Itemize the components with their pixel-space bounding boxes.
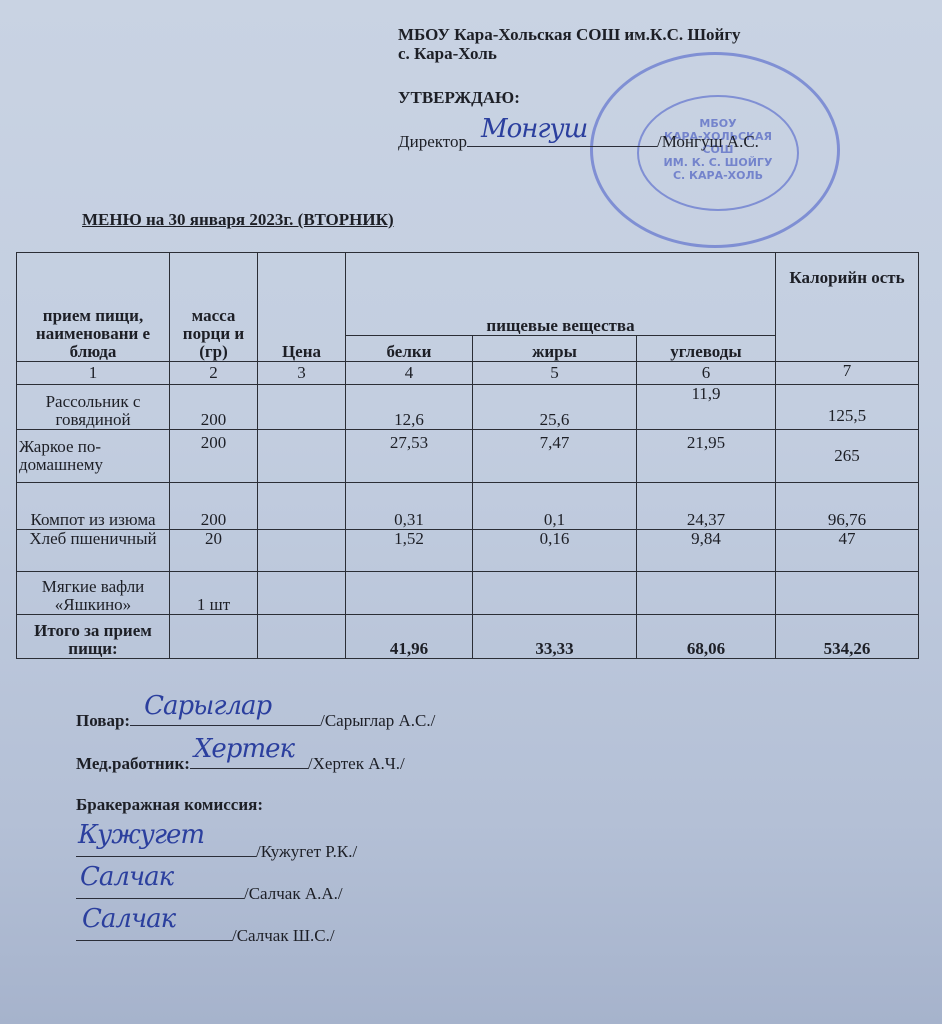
dish-price xyxy=(258,385,346,430)
dish-calories xyxy=(776,572,919,615)
member-name: /Кужугет Р.К./ xyxy=(256,842,357,861)
dish-carbs: 11,9 xyxy=(637,385,776,430)
cook-signature: Сарыглар xyxy=(144,691,271,721)
header-protein: белки xyxy=(346,336,473,362)
director-label: Директор xyxy=(398,132,467,151)
table-row: Мягкие вафли «Яшкино» 1 шт xyxy=(17,572,919,615)
col-num: 2 xyxy=(170,362,258,385)
dish-carbs: 24,37 xyxy=(637,483,776,530)
dish-calories: 96,76 xyxy=(776,483,919,530)
dish-price xyxy=(258,483,346,530)
medic-label: Мед.работник: xyxy=(76,754,190,773)
member-name: /Салчак А.А./ xyxy=(244,884,343,903)
col-num: 6 xyxy=(637,362,776,385)
commission-member: Кужугет/Кужугет Р.К./ xyxy=(76,838,357,862)
cook-line: Повар:Сарыглар/Сарыглар А.С./ xyxy=(76,707,435,731)
dish-calories: 47 xyxy=(776,530,919,572)
dish-price xyxy=(258,530,346,572)
dish-name: Хлеб пшеничный xyxy=(17,530,170,572)
total-protein: 41,96 xyxy=(346,615,473,659)
dish-mass: 200 xyxy=(170,430,258,483)
stamp-line: ИМ. К. С. ШОЙГУ xyxy=(653,156,783,169)
dish-fat: 0,16 xyxy=(473,530,637,572)
dish-protein: 1,52 xyxy=(346,530,473,572)
member-signature: Салчак xyxy=(82,904,175,934)
total-fat: 33,33 xyxy=(473,615,637,659)
menu-table: прием пищи, наименовани е блюда масса по… xyxy=(16,252,919,659)
dish-fat: 0,1 xyxy=(473,483,637,530)
total-carbs: 68,06 xyxy=(637,615,776,659)
member-name: /Салчак Ш.С./ xyxy=(232,926,335,945)
total-label: Итого за прием пищи: xyxy=(17,615,170,659)
stamp-line: С. КАРА-ХОЛЬ xyxy=(653,169,783,182)
header-price: Цена xyxy=(258,253,346,362)
dish-calories: 125,5 xyxy=(776,385,919,430)
dish-carbs xyxy=(637,572,776,615)
dish-carbs: 9,84 xyxy=(637,530,776,572)
dish-mass: 1 шт xyxy=(170,572,258,615)
header-calories: Калорийн ость xyxy=(776,253,919,362)
total-row: Итого за прием пищи: 41,96 33,33 68,06 5… xyxy=(17,615,919,659)
member-signature-line: Кужугет xyxy=(76,838,256,857)
table-row: Жаркое по-домашнему 200 27,53 7,47 21,95… xyxy=(17,430,919,483)
table-row: Компот из изюма 200 0,31 0,1 24,37 96,76 xyxy=(17,483,919,530)
header-fat: жиры xyxy=(473,336,637,362)
commission-member: Салчак/Салчак А.А./ xyxy=(76,880,343,904)
table-row: Рассольник с говядиной 200 12,6 25,6 11,… xyxy=(17,385,919,430)
dish-mass: 200 xyxy=(170,385,258,430)
dish-mass: 20 xyxy=(170,530,258,572)
dish-fat: 25,6 xyxy=(473,385,637,430)
member-signature-line: Салчак xyxy=(76,922,232,941)
village-name: с. Кара-Холь xyxy=(398,44,497,64)
col-num: 7 xyxy=(776,362,919,385)
dish-carbs: 21,95 xyxy=(637,430,776,483)
cook-signature-line: Сарыглар xyxy=(130,707,320,726)
total-price xyxy=(258,615,346,659)
total-mass xyxy=(170,615,258,659)
col-num: 4 xyxy=(346,362,473,385)
column-numbers-row: 1 2 3 4 5 6 7 xyxy=(17,362,919,385)
header-meal: прием пищи, наименовани е блюда xyxy=(17,253,170,362)
dish-name: Рассольник с говядиной xyxy=(17,385,170,430)
col-num: 5 xyxy=(473,362,637,385)
dish-price xyxy=(258,430,346,483)
dish-name: Компот из изюма xyxy=(17,483,170,530)
member-signature: Салчак xyxy=(80,862,173,892)
dish-name: Мягкие вафли «Яшкино» xyxy=(17,572,170,615)
dish-protein xyxy=(346,572,473,615)
commission-label: Бракеражная комиссия: xyxy=(76,795,263,815)
medic-name: /Хертек А.Ч./ xyxy=(308,754,405,773)
dish-protein: 12,6 xyxy=(346,385,473,430)
cook-name: /Сарыглар А.С./ xyxy=(320,711,435,730)
medic-signature-line: Хертек xyxy=(190,750,308,769)
medic-line: Мед.работник:Хертек/Хертек А.Ч./ xyxy=(76,750,405,774)
dish-fat xyxy=(473,572,637,615)
header-nutrients: пищевые вещества xyxy=(346,253,776,336)
header-mass: масса порци и (гр) xyxy=(170,253,258,362)
table-row: Хлеб пшеничный 20 1,52 0,16 9,84 47 xyxy=(17,530,919,572)
commission-member: Салчак/Салчак Ш.С./ xyxy=(76,922,335,946)
dish-price xyxy=(258,572,346,615)
col-num: 1 xyxy=(17,362,170,385)
dish-name: Жаркое по-домашнему xyxy=(17,430,170,483)
member-signature-line: Салчак xyxy=(76,880,244,899)
approve-heading: УТВЕРЖДАЮ: xyxy=(398,88,520,108)
cook-label: Повар: xyxy=(76,711,130,730)
dish-protein: 27,53 xyxy=(346,430,473,483)
total-calories: 534,26 xyxy=(776,615,919,659)
director-signature-line: Монгуш xyxy=(467,128,657,147)
medic-signature: Хертек xyxy=(194,734,294,764)
dish-mass: 200 xyxy=(170,483,258,530)
director-line: ДиректорМонгуш/Монгуш А.С. xyxy=(398,128,759,152)
menu-title: МЕНЮ на 30 января 2023г. (ВТОРНИК) xyxy=(82,210,394,230)
dish-calories: 265 xyxy=(776,430,919,483)
dish-protein: 0,31 xyxy=(346,483,473,530)
director-name: /Монгуш А.С. xyxy=(657,132,759,151)
director-signature: Монгуш xyxy=(481,114,587,144)
dish-fat: 7,47 xyxy=(473,430,637,483)
col-num: 3 xyxy=(258,362,346,385)
member-signature: Кужугет xyxy=(78,820,204,850)
school-name: МБОУ Кара-Хольская СОШ им.К.С. Шойгу xyxy=(398,25,741,45)
header-carbs: углеводы xyxy=(637,336,776,362)
